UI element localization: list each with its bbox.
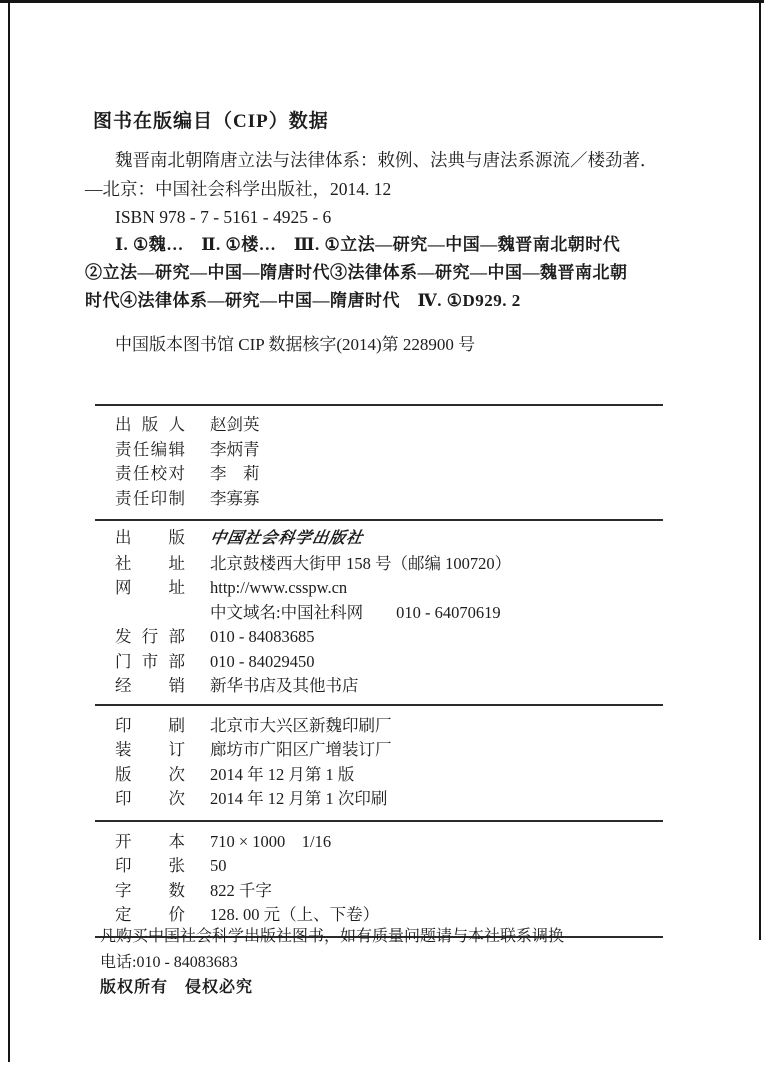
copyright-line: 版权所有 侵权必究	[100, 975, 660, 1001]
row-label: 开本	[115, 830, 185, 855]
table-row: 网址http://www.csspw.cn	[95, 576, 663, 601]
row-label: 责任编辑	[115, 438, 185, 463]
row-label: 出版人	[115, 413, 185, 438]
publisher-logo: 中国社会科学出版社	[208, 527, 365, 552]
format-section: 开本710 × 1000 1/16 印张50 字数822 千字 定价128. 0…	[95, 820, 663, 938]
row-value: 新华书店及其他书店	[210, 676, 359, 695]
staff-section: 出版人赵剑英 责任编辑李炳青 责任校对李 莉 责任印制李寡寡	[95, 404, 663, 519]
phone-line: 电话:010 - 84083683	[100, 950, 660, 976]
row-label: 社址	[115, 552, 185, 577]
table-row: 印刷北京市大兴区新魏印刷厂	[95, 714, 663, 739]
row-value: 822 千字	[210, 881, 272, 900]
row-value: 李炳青	[210, 440, 260, 459]
table-row: 责任印制李寡寡	[95, 487, 663, 512]
table-row: 门市部010 - 84029450	[95, 650, 663, 675]
row-label: 网址	[115, 576, 185, 601]
page-edge-top	[0, 0, 764, 3]
table-row: 责任校对李 莉	[95, 462, 663, 487]
table-row: 版次2014 年 12 月第 1 版	[95, 763, 663, 788]
publisher-line: —北京：中国社会科学出版社，2014. 12	[85, 175, 670, 204]
table-row: 责任编辑李炳青	[95, 438, 663, 463]
table-row: 社址北京鼓楼西大街甲 158 号（邮编 100720）	[95, 552, 663, 577]
title-line: 魏晋南北朝隋唐立法与法律体系：敕例、法典与唐法系源流／楼劲著．	[85, 146, 670, 175]
row-label: 字数	[115, 879, 185, 904]
classification-line: 时代④法律体系—研究—中国—隋唐时代 Ⅳ. ①D929. 2	[85, 287, 675, 315]
page-edge-left	[8, 0, 10, 1062]
row-value: http://www.csspw.cn	[210, 578, 347, 597]
row-value: 李 莉	[210, 464, 260, 483]
row-label: 经销	[115, 674, 185, 699]
table-row: 经销新华书店及其他书店	[95, 674, 663, 699]
row-label: 责任印制	[115, 487, 185, 512]
row-label: 印张	[115, 854, 185, 879]
row-label: 版次	[115, 763, 185, 788]
table-row: 中文域名:中国社科网 010 - 64070619	[95, 601, 663, 626]
row-value: 廊坊市广阳区广增装订厂	[210, 740, 392, 759]
row-value: 2014 年 12 月第 1 次印刷	[210, 789, 387, 808]
isbn-line: ISBN 978 - 7 - 5161 - 4925 - 6	[85, 203, 670, 232]
row-value: 128. 00 元（上、下卷）	[210, 905, 379, 924]
cip-record-line: 中国版本图书馆 CIP 数据核字(2014)第 228900 号	[85, 330, 670, 355]
row-label: 装订	[115, 738, 185, 763]
table-row: 发行部010 - 84083685	[95, 625, 663, 650]
row-value: 北京鼓楼西大街甲 158 号（邮编 100720）	[210, 554, 511, 573]
row-label: 发行部	[115, 625, 185, 650]
publishing-section: 出版中国社会科学出版社 社址北京鼓楼西大街甲 158 号（邮编 100720） …	[95, 519, 663, 704]
row-label: 印次	[115, 787, 185, 812]
title-block: 魏晋南北朝隋唐立法与法律体系：敕例、法典与唐法系源流／楼劲著． —北京：中国社会…	[85, 146, 670, 232]
row-value: 50	[210, 856, 227, 875]
row-value: 710 × 1000 1/16	[210, 832, 331, 851]
table-row: 出版人赵剑英	[95, 413, 663, 438]
classification-block: Ⅰ. ①魏… Ⅱ. ①楼… Ⅲ. ①立法—研究—中国—魏晋南北朝时代 ②立法—研…	[85, 231, 675, 315]
footer-notice: 凡购买中国社会科学出版社图书，如有质量问题请与本社联系调换 电话:010 - 8…	[100, 924, 660, 1001]
row-label: 责任校对	[115, 462, 185, 487]
row-value: 010 - 84083685	[210, 627, 315, 646]
table-row: 开本710 × 1000 1/16	[95, 830, 663, 855]
table-row: 字数822 千字	[95, 879, 663, 904]
row-label: 门市部	[115, 650, 185, 675]
table-row: 印次2014 年 12 月第 1 次印刷	[95, 787, 663, 812]
quality-notice-line: 凡购买中国社会科学出版社图书，如有质量问题请与本社联系调换	[100, 924, 660, 950]
page-edge-right	[759, 0, 761, 940]
table-row: 装订廊坊市广阳区广增装订厂	[95, 738, 663, 763]
table-row: 出版中国社会科学出版社	[95, 526, 663, 552]
row-value: 2014 年 12 月第 1 版	[210, 765, 354, 784]
printing-section: 印刷北京市大兴区新魏印刷厂 装订廊坊市广阳区广增装订厂 版次2014 年 12 …	[95, 704, 663, 820]
row-value: 中文域名:中国社科网 010 - 64070619	[210, 603, 501, 622]
row-value: 010 - 84029450	[210, 652, 315, 671]
row-value: 李寡寡	[210, 489, 260, 508]
classification-line: Ⅰ. ①魏… Ⅱ. ①楼… Ⅲ. ①立法—研究—中国—魏晋南北朝时代	[85, 231, 675, 259]
row-label: 印刷	[115, 714, 185, 739]
row-value: 赵剑英	[210, 415, 260, 434]
row-label: 出版	[115, 526, 185, 551]
colophon-table: 出版人赵剑英 责任编辑李炳青 责任校对李 莉 责任印制李寡寡 出版中国社会科学出…	[95, 404, 663, 938]
copyright-page: 图书在版编目（CIP）数据 魏晋南北朝隋唐立法与法律体系：敕例、法典与唐法系源流…	[0, 0, 764, 1079]
cip-header: 图书在版编目（CIP）数据	[93, 106, 329, 133]
row-value: 北京市大兴区新魏印刷厂	[210, 716, 392, 735]
classification-line: ②立法—研究—中国—隋唐时代③法律体系—研究—中国—魏晋南北朝	[85, 259, 675, 287]
table-row: 印张50	[95, 854, 663, 879]
